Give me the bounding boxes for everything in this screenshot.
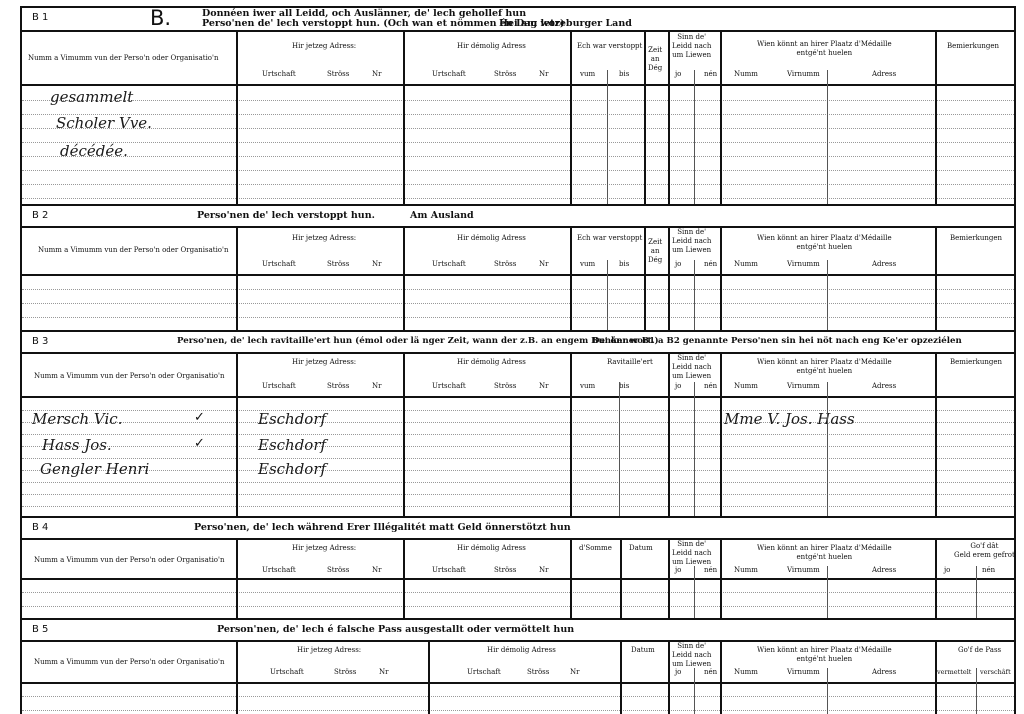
header-current-address: Hir jetzeg Adress: [292, 42, 356, 51]
header-mediated: vermettelt [937, 668, 971, 677]
data-rows: gesammelt Scholer Vve. décédée. [22, 86, 1014, 204]
header-no: nén [704, 668, 717, 677]
header-street: Ströss [327, 260, 349, 269]
header-address: Adress [872, 70, 896, 79]
header-yes: jo [675, 260, 681, 269]
section-b3: B 3 Perso'nen, de' lech ravitaille'ert h… [20, 330, 1016, 516]
column-headers: Numm a Vimumm vun der Perso'n oder Organ… [22, 354, 1014, 398]
header-firstname: Virnumm [787, 260, 820, 269]
section-b1-title: B 1 B. Donnéen iwer all Leidd, och Auslä… [22, 8, 1014, 32]
section-b2-title: B 2 Perso'nen de' lech verstoppt hun. Am… [22, 206, 1014, 228]
header-firstname: Virnumm [787, 382, 820, 391]
header-former-address: Hir démolig Adress [457, 234, 526, 243]
header-date: Datum [629, 544, 653, 553]
check-mark-icon: ✓ [194, 436, 205, 451]
header-no: nén [704, 382, 717, 391]
header-former-address: Hir démolig Adress [457, 544, 526, 553]
handwritten-note: gesammelt [50, 88, 133, 106]
header-yes: jo [675, 382, 681, 391]
column-headers: Numm a Vimumm vun der Perso'n oder Organ… [22, 642, 1014, 684]
header-from: vum [580, 260, 595, 269]
section-title: Perso'nen, de' lech ravitaille'ert hun (… [177, 336, 659, 346]
entry-name: Mersch Vic. [32, 410, 122, 428]
section-title: Person'nen, de' lech é falsche Pass ausg… [217, 624, 574, 635]
header-firstname: Virnumm [787, 70, 820, 79]
header-number: Nr [539, 70, 548, 79]
header-to: bis [619, 70, 629, 79]
header-street: Ströss [494, 382, 516, 391]
header-remarks: Bemierkungen [950, 358, 1002, 367]
header-place: Urtschaft [432, 70, 466, 79]
header-place: Urtschaft [467, 668, 501, 677]
header-street: Ströss [494, 260, 516, 269]
header-number: Nr [379, 668, 388, 677]
header-name: Numm a Vimumm vun der Perso'n oder Organ… [34, 372, 224, 381]
header-place: Urtschaft [432, 566, 466, 575]
section-b4-title: B 4 Perso'nen, de' lech während Erer Ill… [22, 518, 1014, 540]
header-surname: Numm [734, 260, 758, 269]
section-b4: B 4 Perso'nen, de' lech während Erer Ill… [20, 516, 1016, 618]
header-place: Urtschaft [432, 260, 466, 269]
header-surname: Numm [734, 70, 758, 79]
header-from: vum [580, 382, 595, 391]
header-supplied: Ravitaille'ert [607, 358, 653, 367]
section-title-right: Hei am letzeburger Land [499, 18, 632, 29]
header-street: Ströss [327, 70, 349, 79]
header-address: Adress [872, 668, 896, 677]
header-no: nén [704, 566, 717, 575]
header-no: nén [982, 566, 995, 575]
header-current-address: Hir jetzeg Adress: [292, 358, 356, 367]
section-code: B 3 [32, 336, 48, 347]
data-rows [22, 580, 1014, 618]
header-former-address: Hir démolig Adress [457, 42, 526, 51]
column-headers: Numm a Vimumm vun der Perso'n oder Organ… [22, 32, 1014, 86]
section-b5-title: B 5 Person'nen, de' lech é falsche Pass … [22, 620, 1014, 642]
header-remarks: Bemierkungen [947, 42, 999, 51]
header-no: nén [704, 70, 717, 79]
header-number: Nr [539, 566, 548, 575]
header-medal: Wien könnt an hirer Plaatz d'Médailleent… [757, 234, 892, 252]
header-yes: jo [675, 70, 681, 79]
header-obtained: verschâft [980, 668, 1011, 677]
header-surname: Numm [734, 668, 758, 677]
header-name: Numm a Vimumm vun der Perso'n oder Organ… [34, 658, 224, 667]
header-street: Ströss [494, 70, 516, 79]
header-medal: Wien könnt an hirer Plaatz d'Médailleent… [757, 40, 892, 58]
section-code: B 4 [32, 522, 48, 533]
header-no: nén [704, 260, 717, 269]
header-hidden: Ech war verstoppt [577, 42, 642, 51]
section-code: B 2 [32, 210, 48, 221]
header-place: Urtschaft [262, 260, 296, 269]
header-remarks: Bemierkungen [950, 234, 1002, 243]
entry-name: Hass Jos. [42, 436, 112, 454]
header-yes: jo [675, 566, 681, 575]
section-b5: B 5 Person'nen, de' lech é falsche Pass … [20, 618, 1016, 714]
section-b3-title: B 3 Perso'nen, de' lech ravitaille'ert h… [22, 332, 1014, 354]
header-from: vum [580, 70, 595, 79]
header-place: Urtschaft [262, 566, 296, 575]
header-name: Numm a Vimumm vun der Perso'n oder Organ… [38, 246, 228, 255]
header-address: Adress [872, 382, 896, 391]
section-title: Perso'nen de' lech verstoppt hun. [197, 210, 375, 221]
header-date: Datum [631, 646, 655, 655]
header-number: Nr [372, 70, 381, 79]
section-title-right: Am Ausland [410, 210, 474, 221]
column-headers: Numm a Vimumm vun der Perso'n oder Organ… [22, 540, 1014, 580]
header-firstname: Virnumm [787, 566, 820, 575]
header-firstname: Virnumm [787, 668, 820, 677]
data-rows: Mersch Vic. ✓ Eschdorf Hass Jos. ✓ Eschd… [22, 398, 1014, 516]
header-alive: Sinn de'Leidd nachum Liewen [672, 642, 711, 669]
header-pass: Go'f de Pass [958, 646, 1001, 655]
header-hidden: Ech war verstoppt [577, 234, 642, 243]
header-street: Ströss [327, 566, 349, 575]
header-money-back: Go'f dâtGeld erem gefrot [954, 542, 1015, 560]
header-yes: jo [675, 668, 681, 677]
handwritten-note: décédée. [60, 142, 128, 160]
section-b2: B 2 Perso'nen de' lech verstoppt hun. Am… [20, 204, 1016, 330]
header-yes: jo [944, 566, 950, 575]
data-rows [22, 276, 1014, 330]
header-current-address: Hir jetzeg Adress: [292, 544, 356, 553]
section-title: Perso'nen, de' lech während Erer Illégal… [194, 522, 571, 533]
header-address: Adress [872, 260, 896, 269]
header-medal: Wien könnt an hirer Plaatz d'Médailleent… [757, 358, 892, 376]
header-medal: Wien könnt an hirer Plaatz d'Médailleent… [757, 544, 892, 562]
header-time-day: ZeitanDég [648, 46, 662, 73]
medal-recipient-entry: Mme V. Jos. Hass [724, 410, 855, 428]
header-alive: Sinn de'Leidd nachum Liewen [672, 354, 711, 381]
check-mark-icon: ✓ [194, 410, 205, 425]
header-street: Ströss [334, 668, 356, 677]
header-medal: Wien könnt an hirer Plaatz d'Médailleent… [757, 646, 892, 664]
section-code: B 1 [32, 12, 48, 23]
column-headers: Numm a Vimumm vun der Perso'n oder Organ… [22, 228, 1014, 276]
header-current-address: Hir jetzeg Adress: [297, 646, 361, 655]
header-place: Urtschaft [270, 668, 304, 677]
header-alive: Sinn de'Leidd nachum Liewen [672, 540, 711, 567]
section-title-right: De' önner B1 a B2 genannte Perso'nen sin… [592, 336, 962, 346]
section-code: B 5 [32, 624, 48, 635]
header-name: Numm a Vimumm vun der Perso'n oder Organ… [34, 556, 224, 565]
entry-name: Gengler Henri [40, 460, 149, 478]
header-former-address: Hir démolig Adress [457, 358, 526, 367]
header-alive: Sinn de'Leidd nachum Liewen [672, 33, 711, 60]
header-street: Ströss [494, 566, 516, 575]
header-number: Nr [570, 668, 579, 677]
header-former-address: Hir démolig Adress [487, 646, 556, 655]
data-rows [22, 684, 1014, 714]
header-address: Adress [872, 566, 896, 575]
resistance-form-sheet: B 1 B. Donnéen iwer all Leidd, och Auslä… [20, 6, 1016, 714]
header-number: Nr [372, 566, 381, 575]
entry-place: Eschdorf [258, 436, 326, 454]
form-letter: B. [150, 6, 171, 30]
header-number: Nr [539, 382, 548, 391]
header-current-address: Hir jetzeg Adress: [292, 234, 356, 243]
header-surname: Numm [734, 566, 758, 575]
header-number: Nr [539, 260, 548, 269]
header-place: Urtschaft [262, 70, 296, 79]
header-alive: Sinn de'Leidd nachum Liewen [672, 228, 711, 255]
header-to: bis [619, 260, 629, 269]
header-sum: d'Somme [579, 544, 612, 553]
header-place: Urtschaft [432, 382, 466, 391]
section-b1: B 1 B. Donnéen iwer all Leidd, och Auslä… [20, 6, 1016, 204]
entry-place: Eschdorf [258, 410, 326, 428]
header-place: Urtschaft [262, 382, 296, 391]
header-number: Nr [372, 382, 381, 391]
header-name: Numm a Vimumm vun der Perso'n oder Organ… [28, 54, 218, 63]
header-surname: Numm [734, 382, 758, 391]
handwritten-note: Scholer Vve. [56, 114, 152, 132]
header-to: bis [619, 382, 629, 391]
entry-place: Eschdorf [258, 460, 326, 478]
header-street: Ströss [327, 382, 349, 391]
header-number: Nr [372, 260, 381, 269]
header-street: Ströss [527, 668, 549, 677]
header-time-day: ZeitanDég [648, 238, 662, 265]
